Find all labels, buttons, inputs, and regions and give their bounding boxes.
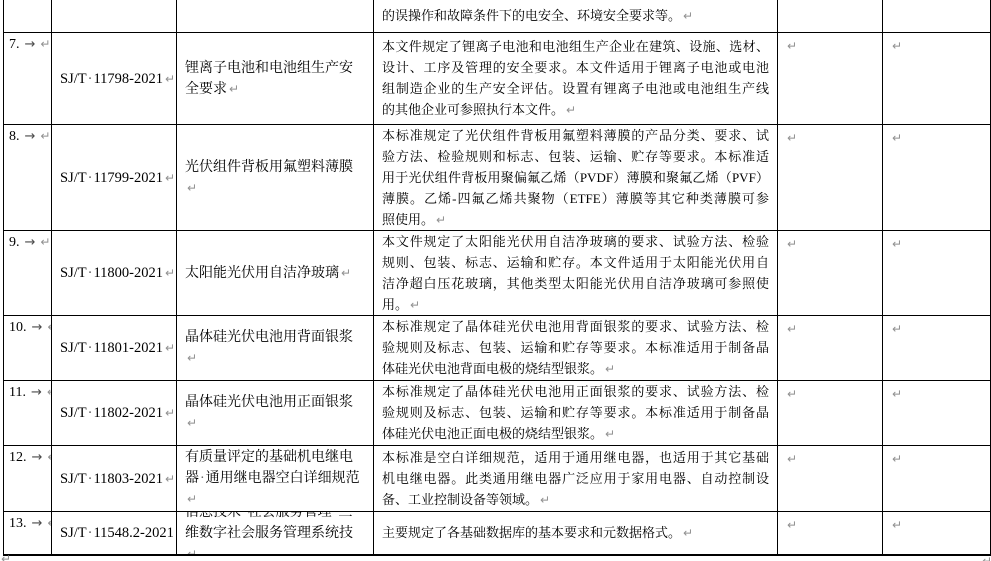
description-line: 用于光伏组件背板用聚偏氟乙烯（PVDF）薄膜和聚氟乙烯（PVF） bbox=[382, 167, 769, 188]
cell-empty-1[interactable]: ↵ bbox=[778, 125, 883, 230]
pilcrow-mark: ↵ bbox=[892, 518, 902, 532]
standard-name-wrap: 太阳能光伏用自洁净玻璃↵ bbox=[185, 263, 351, 284]
description-line: 用。↵ bbox=[382, 294, 769, 316]
description-line: 照使用。↵ bbox=[382, 209, 769, 231]
standard-name: 有质量评定的基础机电继电器·通用继电器空白详细规范 bbox=[185, 450, 360, 486]
row-number: 12. bbox=[9, 450, 27, 465]
pilcrow-mark: ↵ bbox=[787, 322, 797, 336]
cell-empty-2[interactable]: ↵ bbox=[883, 33, 991, 124]
cell-standard-name[interactable]: 锂离子电池和电池组生产安全要求↵ bbox=[177, 33, 374, 124]
cell-description[interactable]: 本标准规定了光伏组件背板用氟塑料薄膜的产品分类、要求、试验方法、检验规则和标志、… bbox=[374, 125, 778, 230]
description-line: 的其他企业可参照执行本文件。↵ bbox=[382, 99, 769, 121]
standard-name-wrap: 锂离子电池和电池组生产安全要求↵ bbox=[185, 58, 360, 100]
cell-standard-number[interactable]: SJ/T·11801-2021↵ bbox=[52, 316, 177, 380]
cell-index[interactable] bbox=[4, 0, 52, 32]
row-number: 8. bbox=[9, 129, 20, 144]
description-line: 本标准是空白详细规范，适用于通用继电器，也适用于其它基础 bbox=[382, 447, 769, 468]
cell-description[interactable]: 本文件规定了太阳能光伏用自洁净玻璃的要求、试验方法、检验规则、包装、标志、运输和… bbox=[374, 231, 778, 315]
tab-mark: → bbox=[31, 385, 42, 400]
cell-index[interactable]: 10.→↵ bbox=[4, 316, 52, 380]
document-page: 的误操作和故障条件下的电安全、环境安全要求等。↵ 7.→↵ SJ/T·11798… bbox=[0, 0, 991, 561]
description-line: 本文件规定了太阳能光伏用自洁净玻璃的要求、试验方法、检验 bbox=[382, 231, 769, 252]
pilcrow-mark: ↵ bbox=[892, 39, 902, 53]
pilcrow-mark: ↵ bbox=[892, 322, 902, 336]
standard-name-wrap: 晶体硅光伏电池用正面银浆↵ bbox=[185, 392, 360, 434]
space-mark: · bbox=[199, 471, 206, 486]
cell-empty-1[interactable]: ↵ bbox=[778, 33, 883, 124]
standard-number: SJ/T·11802-2021 bbox=[60, 405, 163, 421]
cell-standard-name[interactable]: 晶体硅光伏电池用背面银浆↵ bbox=[177, 316, 374, 380]
standard-number-wrap: SJ/T·11798-2021↵ bbox=[60, 70, 175, 88]
description-line: 验方法、检验规则和标志、包装、运输、贮存等要求。本标准适 bbox=[382, 146, 769, 167]
pilcrow-mark: ↵ bbox=[40, 129, 50, 143]
cell-empty-2[interactable]: ↵ bbox=[883, 125, 991, 230]
pilcrow-mark: ↵ bbox=[605, 427, 615, 441]
cell-empty-2[interactable]: ↵ bbox=[883, 316, 991, 380]
standard-number: SJ/T·11798-2021 bbox=[60, 71, 163, 87]
cell-index[interactable]: 12.→↵ bbox=[4, 446, 52, 511]
description-line: 备、工业控制设备等领域。↵ bbox=[382, 489, 769, 511]
pilcrow-mark: ↵ bbox=[787, 39, 797, 53]
pilcrow-mark: ↵ bbox=[165, 266, 175, 280]
tab-mark: → bbox=[25, 37, 36, 52]
standard-number-wrap: SJ/T·11799-2021↵ bbox=[60, 169, 175, 187]
description-line: 体硅光伏电池背面电极的烧结型银浆。↵ bbox=[382, 358, 769, 380]
pilcrow-mark: ↵ bbox=[165, 472, 175, 486]
cell-standard-name[interactable]: 信息技术·社会服务管理·三维数字社会服务管理系统技↵ bbox=[177, 512, 374, 554]
cell-empty-2[interactable]: ↵ bbox=[883, 446, 991, 511]
clipped-pilcrow-mark-right: ↵ bbox=[982, 554, 991, 561]
standards-table: 的误操作和故障条件下的电安全、环境安全要求等。↵ 7.→↵ SJ/T·11798… bbox=[3, 0, 991, 556]
pilcrow-mark: ↵ bbox=[540, 493, 550, 507]
description-line: 主要规定了各基础数据库的基本要求和元数据格式。↵ bbox=[382, 522, 769, 544]
standard-name: 锂离子电池和电池组生产安全要求 bbox=[185, 61, 353, 97]
pilcrow-mark: ↵ bbox=[40, 37, 50, 51]
standard-number-wrap: SJ/T·11801-2021↵ bbox=[60, 339, 175, 357]
pilcrow-mark: ↵ bbox=[436, 213, 446, 227]
standard-number: SJ/T·11799-2021 bbox=[60, 170, 163, 186]
pilcrow-mark: ↵ bbox=[40, 235, 50, 249]
description-line: 规则、包装、标志、运输和贮存。本文件适用于太阳能光伏用自 bbox=[382, 252, 769, 273]
space-mark: · bbox=[241, 512, 248, 520]
cell-standard-number[interactable]: SJ/T·11802-2021↵ bbox=[52, 381, 177, 445]
table-row: 8.→↵ SJ/T·11799-2021↵ 光伏组件背板用氟塑料薄膜↵ 本标准规… bbox=[4, 125, 991, 231]
table-row-partial: 的误操作和故障条件下的电安全、环境安全要求等。↵ bbox=[4, 0, 991, 33]
tab-mark: → bbox=[25, 235, 36, 250]
description-line: 体硅光伏电池正面电极的烧结型银浆。↵ bbox=[382, 423, 769, 445]
standard-number: SJ/T·11801-2021 bbox=[60, 340, 163, 356]
description-line: 本标准规定了光伏组件背板用氟塑料薄膜的产品分类、要求、试 bbox=[382, 125, 769, 146]
standard-name-wrap: 光伏组件背板用氟塑料薄膜↵ bbox=[185, 157, 360, 199]
cell-description[interactable]: 的误操作和故障条件下的电安全、环境安全要求等。↵ bbox=[374, 0, 778, 32]
cell-standard-name[interactable]: 光伏组件背板用氟塑料薄膜↵ bbox=[177, 125, 374, 230]
pilcrow-mark: ↵ bbox=[165, 171, 175, 185]
standard-name: 信息技术·社会服务管理·三维数字社会服务管理系统技 bbox=[185, 512, 353, 541]
description-line: 设计、工序及管理的安全要求。本文件适用于锂离子电池或电池 bbox=[382, 57, 769, 78]
cell-index[interactable]: 11.→↵ bbox=[4, 381, 52, 445]
cell-empty-2[interactable]: ↵ bbox=[883, 231, 991, 315]
standard-name: 太阳能光伏用自洁净玻璃 bbox=[185, 266, 339, 281]
description-text: 的误操作和故障条件下的电安全、环境安全要求等。 bbox=[382, 8, 681, 23]
pilcrow-mark: ↵ bbox=[892, 131, 902, 145]
description-line: 验规则及标志、包装、运输和贮存等要求。本标准适用于制备晶 bbox=[382, 402, 769, 423]
description-line: 本标准规定了晶体硅光伏电池用背面银浆的要求、试验方法、检 bbox=[382, 316, 769, 337]
cell-empty-2[interactable]: ↵ bbox=[883, 381, 991, 445]
table-row: 13.→↵ SJ/T·11548.2-2021↵ 信息技术·社会服务管理·三维数… bbox=[4, 512, 991, 556]
cell-empty-1[interactable]: ↵ bbox=[778, 512, 883, 554]
cell-index[interactable]: 7.→↵ bbox=[4, 33, 52, 124]
pilcrow-mark: ↵ bbox=[187, 351, 197, 365]
pilcrow-mark: ↵ bbox=[187, 416, 197, 430]
cell-standard-number[interactable]: SJ/T·11803-2021↵ bbox=[52, 446, 177, 511]
row-number: 7. bbox=[9, 37, 20, 52]
pilcrow-mark: ↵ bbox=[187, 181, 197, 195]
space-mark: · bbox=[87, 405, 94, 421]
cell-description[interactable]: 本文件规定了锂离子电池和电池组生产企业在建筑、设施、选材、设计、工序及管理的安全… bbox=[374, 33, 778, 124]
pilcrow-mark: ↵ bbox=[566, 103, 576, 117]
pilcrow-mark: ↵ bbox=[787, 237, 797, 251]
cell-standard-number[interactable]: SJ/T·11799-2021↵ bbox=[52, 125, 177, 230]
standard-number-wrap: SJ/T·11803-2021↵ bbox=[60, 470, 175, 488]
space-mark: · bbox=[87, 71, 94, 87]
cell-description[interactable]: 本标准规定了晶体硅光伏电池用正面银浆的要求、试验方法、检验规则及标志、包装、运输… bbox=[374, 381, 778, 445]
description-line: 洁净超白压花玻璃，其他类型太阳能光伏用自洁净玻璃可参照使 bbox=[382, 273, 769, 294]
pilcrow-mark: ↵ bbox=[187, 547, 197, 555]
pilcrow-mark: ↵ bbox=[892, 387, 902, 401]
standard-name: 晶体硅光伏电池用背面银浆 bbox=[185, 330, 353, 345]
cell-index[interactable]: 8.→↵ bbox=[4, 125, 52, 230]
cell-standard-name[interactable] bbox=[177, 0, 374, 32]
table-row: 9.→↵ SJ/T·11800-2021↵ 太阳能光伏用自洁净玻璃↵ 本文件规定… bbox=[4, 231, 991, 316]
cell-standard-number[interactable]: SJ/T·11798-2021↵ bbox=[52, 33, 177, 124]
row-number: 10. bbox=[9, 320, 27, 335]
cell-empty-1[interactable]: ↵ bbox=[778, 446, 883, 511]
standard-name-wrap: 信息技术·社会服务管理·三维数字社会服务管理系统技↵ bbox=[185, 512, 360, 554]
table-row: 10.→↵ SJ/T·11801-2021↵ 晶体硅光伏电池用背面银浆↵ 本标准… bbox=[4, 316, 991, 381]
cell-index[interactable]: 9.→↵ bbox=[4, 231, 52, 315]
pilcrow-mark: ↵ bbox=[683, 526, 693, 540]
description-line: 组制造企业的生产安全评估。设置有锂离子电池或电池组生产线 bbox=[382, 78, 769, 99]
standard-number-wrap: SJ/T·11548.2-2021↵ bbox=[60, 524, 177, 542]
row-number: 9. bbox=[9, 235, 20, 250]
description-line: 机电继电器。此类通用继电器广泛应用于家用电器、自动控制设 bbox=[382, 468, 769, 489]
cell-standard-name[interactable]: 有质量评定的基础机电继电器·通用继电器空白详细规范↵ bbox=[177, 446, 374, 511]
standard-number-wrap: SJ/T·11802-2021↵ bbox=[60, 404, 175, 422]
pilcrow-mark: ↵ bbox=[787, 387, 797, 401]
space-mark: · bbox=[87, 340, 94, 356]
space-mark: · bbox=[87, 471, 94, 487]
standard-number: SJ/T·11803-2021 bbox=[60, 471, 163, 487]
pilcrow-mark: ↵ bbox=[165, 406, 175, 420]
pilcrow-mark: ↵ bbox=[187, 492, 197, 506]
pilcrow-mark: ↵ bbox=[341, 266, 351, 280]
row-number: 13. bbox=[9, 516, 27, 531]
space-mark: · bbox=[332, 512, 339, 520]
cell-index[interactable]: 13.→↵ bbox=[4, 512, 52, 554]
cell-standard-name[interactable]: 太阳能光伏用自洁净玻璃↵ bbox=[177, 231, 374, 315]
standard-name: 光伏组件背板用氟塑料薄膜 bbox=[185, 160, 353, 175]
clipped-pilcrow-mark-left: ↵ bbox=[1, 552, 11, 561]
pilcrow-mark: ↵ bbox=[892, 452, 902, 466]
pilcrow-mark: ↵ bbox=[165, 72, 175, 86]
table-row: 7.→↵ SJ/T·11798-2021↵ 锂离子电池和电池组生产安全要求↵ 本… bbox=[4, 33, 991, 125]
pilcrow-mark: ↵ bbox=[410, 298, 420, 312]
cell-empty-2[interactable]: ↵ bbox=[883, 512, 991, 554]
cell-empty-1[interactable]: ↵ bbox=[778, 231, 883, 315]
description-line: 本标准规定了晶体硅光伏电池用正面银浆的要求、试验方法、检 bbox=[382, 381, 769, 402]
standard-name: 晶体硅光伏电池用正面银浆 bbox=[185, 395, 353, 410]
cell-standard-number[interactable]: SJ/T·11548.2-2021↵ bbox=[52, 512, 177, 554]
cell-description[interactable]: 本标准规定了晶体硅光伏电池用背面银浆的要求、试验方法、检验规则及标志、包装、运输… bbox=[374, 316, 778, 380]
tab-mark: → bbox=[25, 129, 36, 144]
pilcrow-mark: ↵ bbox=[165, 341, 175, 355]
pilcrow-mark: ↵ bbox=[787, 131, 797, 145]
pilcrow-mark: ↵ bbox=[683, 9, 693, 23]
standard-number-wrap: SJ/T·11800-2021↵ bbox=[60, 264, 175, 282]
standard-name-wrap: 有质量评定的基础机电继电器·通用继电器空白详细规范↵ bbox=[185, 447, 360, 510]
description-line: 本文件规定了锂离子电池和电池组生产企业在建筑、设施、选材、 bbox=[382, 36, 769, 57]
cell-description[interactable]: 本标准是空白详细规范，适用于通用继电器，也适用于其它基础机电继电器。此类通用继电… bbox=[374, 446, 778, 511]
pilcrow-mark: ↵ bbox=[787, 452, 797, 466]
standard-name-wrap: 晶体硅光伏电池用背面银浆↵ bbox=[185, 327, 360, 369]
cell-standard-number[interactable] bbox=[52, 0, 177, 32]
tab-mark: → bbox=[32, 450, 43, 465]
cell-empty-1[interactable] bbox=[778, 0, 883, 32]
space-mark: · bbox=[87, 525, 94, 541]
standard-number: SJ/T·11800-2021 bbox=[60, 265, 163, 281]
cell-standard-name[interactable]: 晶体硅光伏电池用正面银浆↵ bbox=[177, 381, 374, 445]
row-number: 11. bbox=[9, 385, 26, 400]
table-row: 11.→↵ SJ/T·11802-2021↵ 晶体硅光伏电池用正面银浆↵ 本标准… bbox=[4, 381, 991, 446]
cell-empty-1[interactable]: ↵ bbox=[778, 381, 883, 445]
table-row: 12.→↵ SJ/T·11803-2021↵ 有质量评定的基础机电继电器·通用继… bbox=[4, 446, 991, 512]
cell-standard-number[interactable]: SJ/T·11800-2021↵ bbox=[52, 231, 177, 315]
pilcrow-mark: ↵ bbox=[892, 237, 902, 251]
space-mark: · bbox=[87, 265, 94, 281]
cell-empty-2[interactable] bbox=[883, 0, 991, 32]
cell-empty-1[interactable]: ↵ bbox=[778, 316, 883, 380]
description-line: 的误操作和故障条件下的电安全、环境安全要求等。↵ bbox=[382, 5, 769, 27]
description-line: 验规则及标志、包装、运输和贮存等要求。本标准适用于制备晶 bbox=[382, 337, 769, 358]
space-mark: · bbox=[87, 170, 94, 186]
standard-number: SJ/T·11548.2-2021 bbox=[60, 525, 174, 541]
pilcrow-mark: ↵ bbox=[229, 82, 239, 96]
tab-mark: → bbox=[32, 516, 43, 531]
pilcrow-mark: ↵ bbox=[605, 362, 615, 376]
cell-description[interactable]: 主要规定了各基础数据库的基本要求和元数据格式。↵ bbox=[374, 512, 778, 554]
tab-mark: → bbox=[32, 320, 43, 335]
pilcrow-mark: ↵ bbox=[787, 518, 797, 532]
description-line: 薄膜。乙烯-四氟乙烯共聚物（ETFE）薄膜等其它种类薄膜可参 bbox=[382, 188, 769, 209]
